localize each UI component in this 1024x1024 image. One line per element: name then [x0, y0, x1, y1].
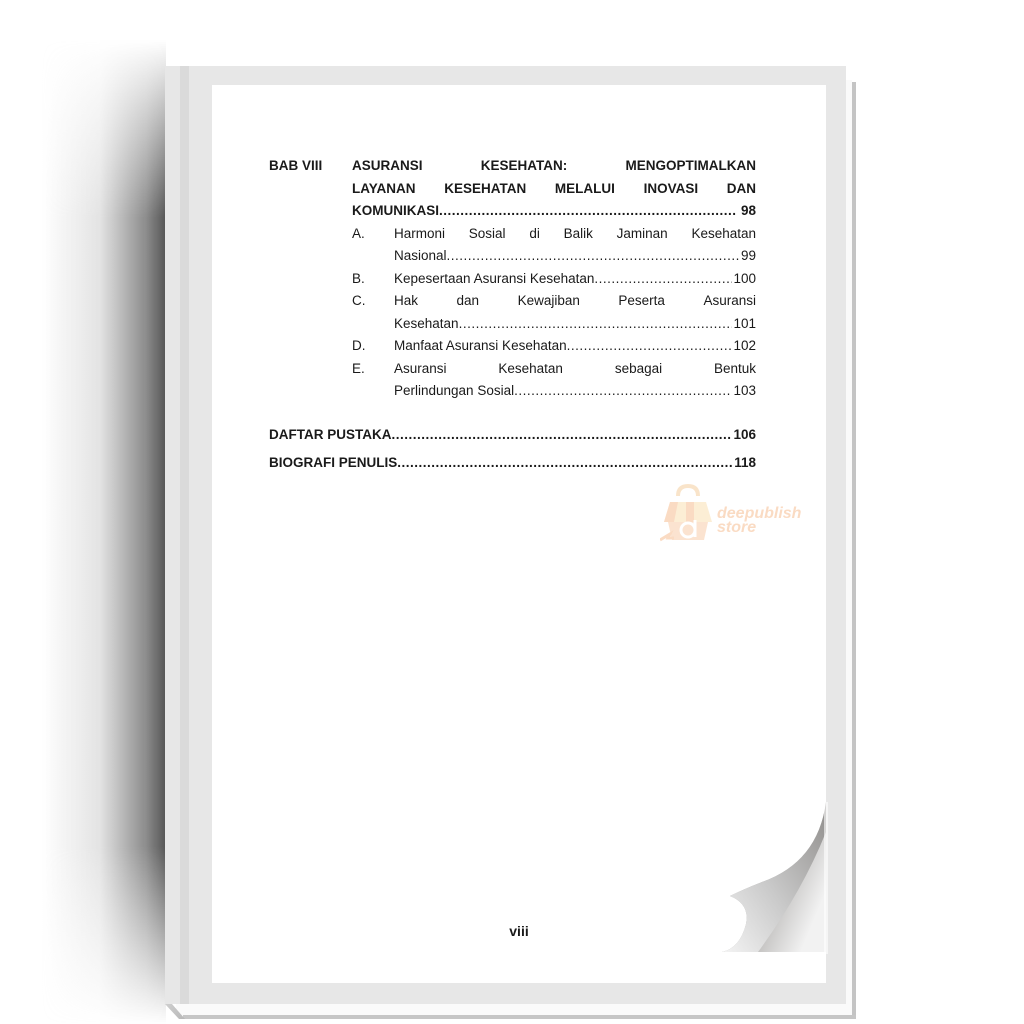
page-edges-bottom-line	[183, 1015, 856, 1019]
back-matter-entry[interactable]: DAFTAR PUSTAKA106	[269, 421, 756, 449]
chapter-title-line-1: ASURANSIKESEHATAN:MENGOPTIMALKAN	[352, 155, 756, 178]
dot-leader	[397, 449, 733, 477]
dot-leader	[514, 380, 732, 403]
watermark-store: store	[717, 519, 756, 537]
section-letter: C.	[352, 290, 366, 313]
section-title-line: HarmoniSosialdiBalikJaminanKesehatan	[394, 223, 756, 246]
chapter-label: BAB VIII	[269, 155, 322, 178]
toc-back-matter: DAFTAR PUSTAKA106BIOGRAFI PENULIS118	[269, 421, 756, 477]
toc-section-row[interactable]: B.Kepesertaan Asuransi Kesehatan100	[269, 268, 756, 291]
deepublish-store-watermark: deepublish store	[660, 482, 820, 547]
section-page-number: 101	[732, 313, 756, 336]
book-shadow	[0, 40, 166, 1024]
toc-section-row[interactable]: D.Manfaat Asuransi Kesehatan102	[269, 335, 756, 358]
section-title-line: AsuransiKesehatansebagaiBentuk	[394, 358, 756, 381]
section-title-last-line[interactable]: Kepesertaan Asuransi Kesehatan100	[394, 268, 756, 291]
section-page-number: 100	[732, 268, 756, 291]
toc-back-matter-row[interactable]: DAFTAR PUSTAKA106	[269, 421, 756, 449]
book-spine	[180, 66, 189, 1004]
section-page-number: 99	[740, 245, 756, 268]
toc-chapter-row: LAYANANKESEHATANMELALUIINOVASIDAN	[269, 178, 756, 201]
toc-section-row: A.HarmoniSosialdiBalikJaminanKesehatan	[269, 223, 756, 246]
dot-leader	[567, 335, 733, 358]
page-curl-icon	[722, 802, 828, 954]
toc-chapter-row: BAB VIII ASURANSIKESEHATAN:MENGOPTIMALKA…	[269, 155, 756, 178]
page-edges-right-line	[852, 82, 856, 1018]
toc-chapter-row[interactable]: KOMUNIKASI 98	[269, 200, 756, 223]
section-page-number: 103	[732, 380, 756, 403]
dot-leader	[594, 268, 732, 291]
section-page-number: 102	[732, 335, 756, 358]
chapter-title-last-line[interactable]: KOMUNIKASI 98	[352, 200, 756, 223]
dot-leader	[459, 313, 733, 336]
toc-section-row: E.AsuransiKesehatansebagaiBentuk	[269, 358, 756, 381]
section-title-last-line[interactable]: Nasional99	[394, 245, 756, 268]
section-title-line: HakdanKewajibanPesertaAsuransi	[394, 290, 756, 313]
back-matter-page-number: 118	[733, 449, 756, 477]
back-matter-page-number: 106	[732, 421, 756, 449]
section-letter: B.	[352, 268, 365, 291]
back-matter-entry[interactable]: BIOGRAFI PENULIS118	[269, 449, 756, 477]
toc-sections: A.HarmoniSosialdiBalikJaminanKesehatanNa…	[269, 223, 756, 403]
dot-leader	[392, 421, 733, 449]
section-letter: A.	[352, 223, 365, 246]
section-title-last-line[interactable]: Kesehatan101	[394, 313, 756, 336]
toc-section-row[interactable]: Nasional99	[269, 245, 756, 268]
toc-back-matter-row[interactable]: BIOGRAFI PENULIS118	[269, 449, 756, 477]
shop-bag-d-icon	[660, 482, 720, 547]
chapter-title-line-2: LAYANANKESEHATANMELALUIINOVASIDAN	[352, 178, 756, 201]
toc-section-row: C.HakdanKewajibanPesertaAsuransi	[269, 290, 756, 313]
dot-leader	[439, 200, 737, 223]
toc-section-row[interactable]: Kesehatan101	[269, 313, 756, 336]
toc-section-row[interactable]: Perlindungan Sosial103	[269, 380, 756, 403]
section-title-last-line[interactable]: Manfaat Asuransi Kesehatan102	[394, 335, 756, 358]
section-letter: D.	[352, 335, 366, 358]
section-title-last-line[interactable]: Perlindungan Sosial103	[394, 380, 756, 403]
table-of-contents: BAB VIII ASURANSIKESEHATAN:MENGOPTIMALKA…	[269, 155, 756, 477]
section-letter: E.	[352, 358, 365, 381]
chapter-page-number: 98	[737, 200, 756, 223]
dot-leader	[447, 245, 740, 268]
